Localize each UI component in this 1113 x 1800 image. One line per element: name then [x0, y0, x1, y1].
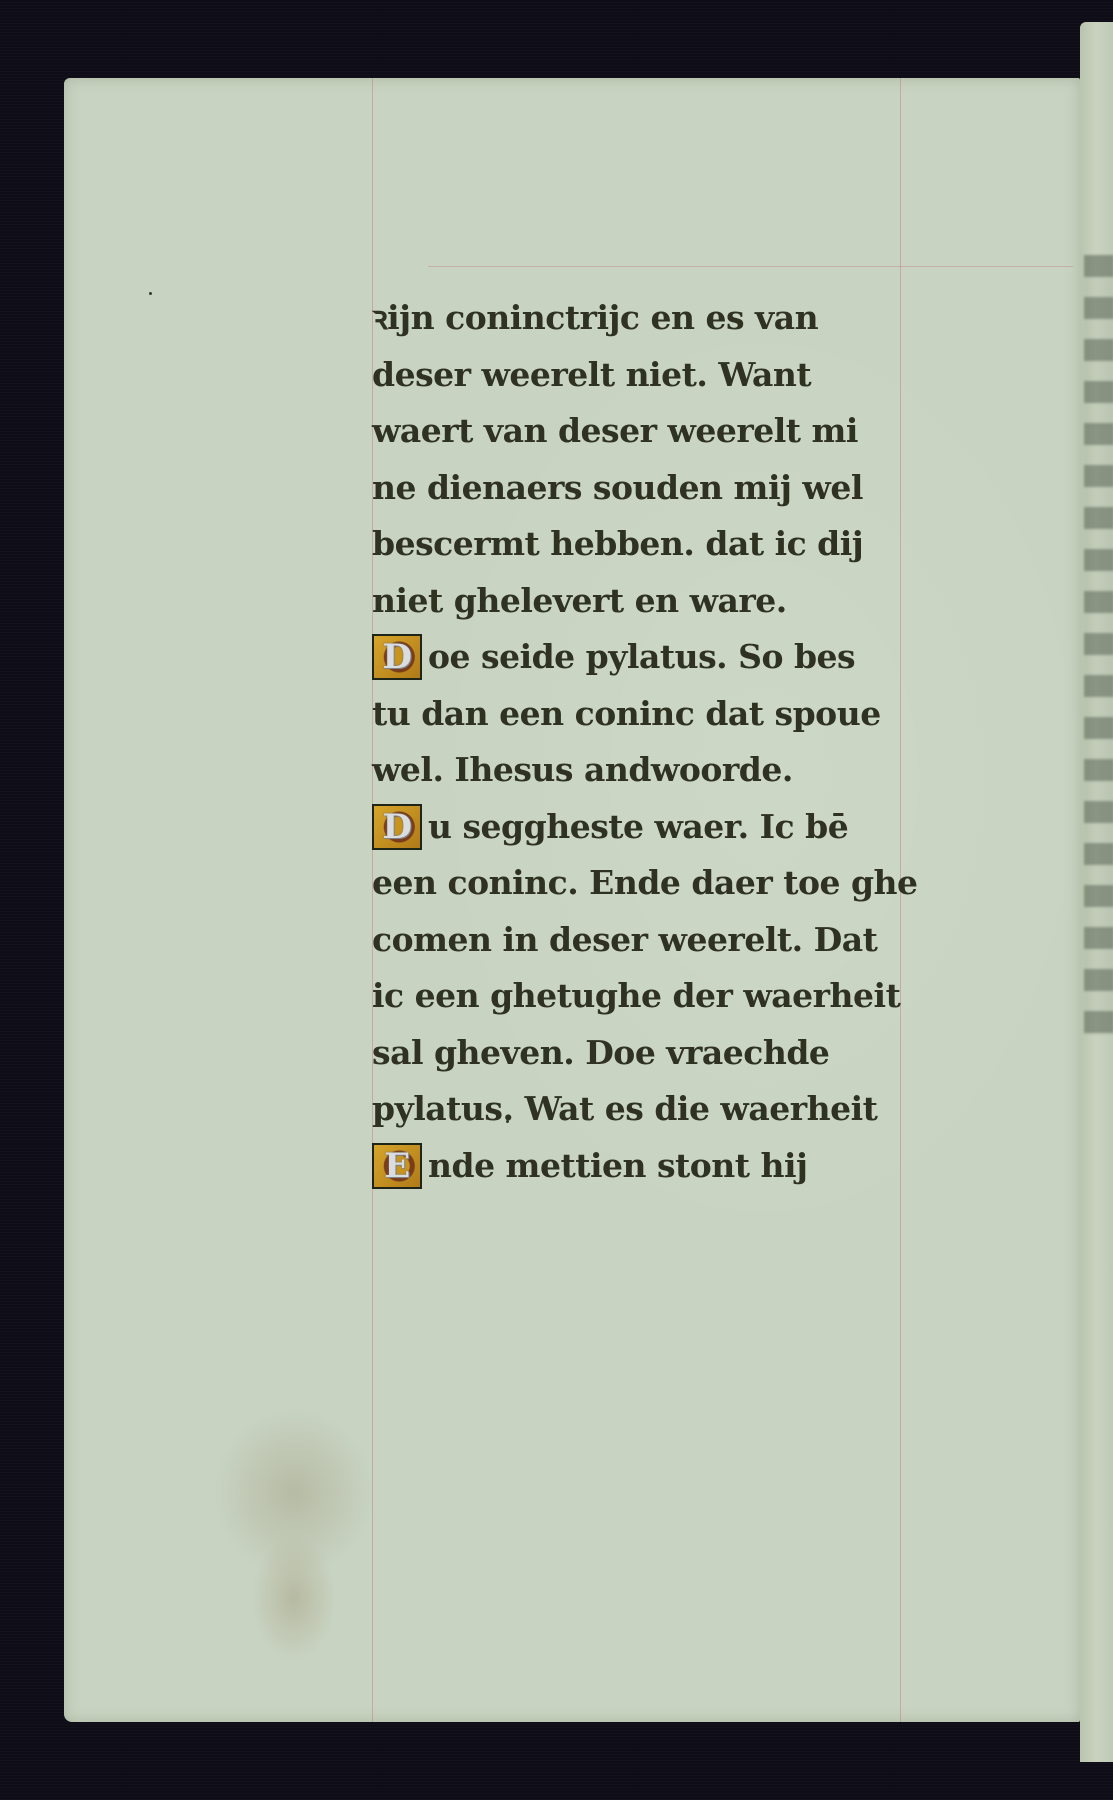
speck — [149, 292, 152, 295]
illuminated-initial: D — [372, 804, 422, 850]
text-line: E nde mettien stont hij — [372, 1138, 932, 1195]
text-line: een coninc. Ende daer toe ghe — [372, 855, 932, 912]
text-block: ꝛijn coninctrijc en es van deser weerelt… — [372, 290, 932, 1194]
text-line: wel. Ihesus andwoorde. — [372, 742, 932, 799]
text-line: niet ghelevert en ware. — [372, 573, 932, 630]
text-line: bescermt hebben. dat ic dij — [372, 516, 932, 573]
text-line: ꝛijn coninctrijc en es van — [372, 290, 932, 347]
text-line: sal gheven. Doe vraechde — [372, 1025, 932, 1082]
text-line: deser weerelt niet. Want — [372, 347, 932, 404]
text-line: tu dan een coninc dat spoue — [372, 686, 932, 743]
text-line: waert van deser weerelt mi — [372, 403, 932, 460]
ruling-top — [428, 266, 1073, 267]
text-line: comen in deser weerelt. Dat — [372, 912, 932, 969]
text-line: D u seggheste waer. Ic bē — [372, 799, 932, 856]
text-line: pylatus. Wat es die waerheit — [372, 1081, 932, 1138]
text-line: ne dienaers souden mij wel — [372, 460, 932, 517]
stain — [214, 1408, 374, 1578]
facing-page-text-blur — [1084, 255, 1113, 1035]
text-line: D oe seide pylatus. So bes — [372, 629, 932, 686]
illuminated-initial: D — [372, 634, 422, 680]
text-line: ic een ghetughe der waerheit — [372, 968, 932, 1025]
illuminated-initial: E — [372, 1143, 422, 1189]
